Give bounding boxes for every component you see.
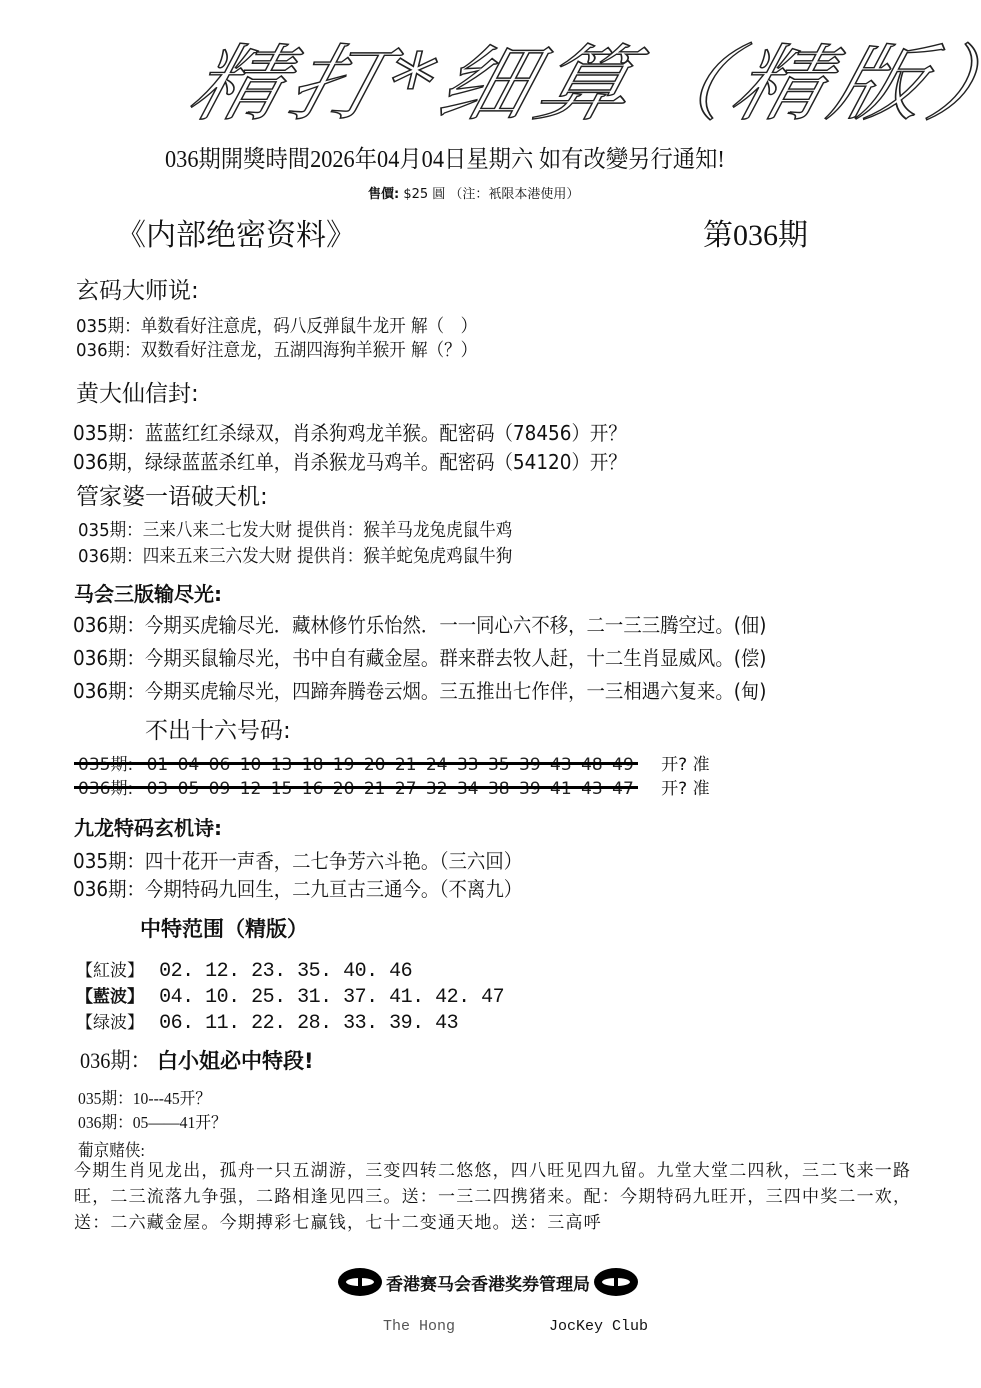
masthead-title-text: 精打*细算（精版） [180,35,981,134]
wave-numbers: 02. 12. 23. 35. 40. 46 [159,960,412,983]
jiulong-line: 035期：四十花开一声香，二七争芳六斗艳。（三六回） [73,845,522,874]
wave-row-green: 【绿波】 06. 11. 22. 28. 33. 39. 43 [76,1008,458,1035]
draw-notice: 036期開獎時間2026年04月04日星期六 如有改變另行通知! [165,139,725,174]
footer-english-left: The Hong [383,1318,455,1335]
jockey-club-emblem-icon [338,1268,382,1296]
footer-english-right: JocKey Club [549,1318,648,1335]
guanjiapo-line: 035期：三来八来二七发大财 提供肖：猴羊马龙兔虎鼠牛鸡 [78,516,512,542]
document-title: 《内部绝密资料》 [116,210,356,254]
price-line: 售價: $25 圓 （注：衹限本港使用） [368,183,579,202]
issue-number: 第036期 [703,210,808,254]
row-numbers: 03 05 09 12 15 16 20 21 27 32 34 38 39 4… [147,779,634,799]
mahui-line: 036期：今期买鼠输尽光，书中自有藏金屋。群来群去牧人赶，十二生肖显威风。(偿) [73,642,766,671]
row-prefix: 036期: [78,779,133,799]
wave-row-red: 【紅波】 02. 12. 23. 35. 40. 46 [76,956,412,983]
xuanma-line: 035期：单数看好注意虎，码八反弹鼠牛龙开 解（ ） [76,312,477,338]
price-value: $25 圓 （注：衹限本港使用） [403,187,579,202]
section-heading-zhongte: 中特范围（精版） [140,913,308,943]
excluded-numbers-row: 036期: 03 05 09 12 15 16 20 21 27 32 34 3… [78,774,710,799]
huangdaxian-line: 035期：蓝蓝红红杀绿双，肖杀狗鸡龙羊猴。配密码（78456）开？ [73,417,627,446]
jockey-club-emblem-icon [594,1268,638,1296]
section-heading-baixiaojie: 036期：白小姐必中特段! [80,1044,314,1075]
excluded-numbers-row: 035期: 01 04 06 10 13 18 19 20 21 24 33 3… [78,750,710,775]
wave-label: 【藍波】 [76,982,154,1007]
row-suffix: 开? 准 [661,750,709,775]
footer-logo: 香港赛马会香港奖券管理局 [338,1268,638,1296]
pujing-paragraph: 今期生肖见龙出，孤舟一只五湖游，三变四转二悠悠，四八旺见四九留。九堂大堂二四秋，… [74,1158,934,1236]
excluded-numbers-struck: 036期: 03 05 09 12 15 16 20 21 27 32 34 3… [78,774,634,799]
footer-org-name: 香港赛马会香港奖券管理局 [386,1270,590,1295]
section-heading-guanjiapo: 管家婆一语破天机: [76,478,268,511]
price-label: 售價: [368,187,399,202]
mahui-line: 036期：今期买虎输尽光，四蹄奔腾卷云烟。三五推出七作伴，一三相遇六复来。(甸) [73,675,766,704]
xuanma-line: 036期：双数看好注意龙，五湖四海狗羊猴开 解（？） [76,336,477,362]
wave-row-blue: 【藍波】 04. 10. 25. 31. 37. 41. 42. 47 [76,982,504,1009]
row-prefix: 035期: [78,755,133,775]
wave-numbers: 06. 11. 22. 28. 33. 39. 43 [159,1012,458,1035]
wave-numbers: 04. 10. 25. 31. 37. 41. 42. 47 [159,986,504,1009]
guanjiapo-line: 036期：四来五来三六发大财 提供肖：猴羊蛇兔虎鸡鼠牛狗 [78,542,512,568]
wave-label: 【绿波】 [76,1008,154,1033]
excluded-numbers-struck: 035期: 01 04 06 10 13 18 19 20 21 24 33 3… [78,750,634,775]
baixiaojie-line: 036期：05——41开？ [78,1108,227,1133]
huangdaxian-line: 036期，绿绿蓝蓝杀红单，肖杀猴龙马鸡羊。配密码（54120）开？ [73,446,627,475]
jiulong-line: 036期：今期特码九回生，二九亘古三通今。（不离九） [73,873,522,902]
section-heading-xuanma: 玄码大师说: [76,272,199,305]
masthead-title: 精打*细算（精版） [180,24,820,134]
section-heading-buchu: 不出十六号码: [145,712,291,745]
baixiaojie-title: 白小姐必中特段! [157,1049,314,1073]
baixiaojie-line: 035期：10---45开？ [78,1084,211,1109]
section-heading-huangdaxian: 黄大仙信封: [76,375,199,408]
wave-label: 【紅波】 [76,956,154,981]
row-numbers: 01 04 06 10 13 18 19 20 21 24 33 35 39 4… [147,755,634,775]
baixiaojie-prefix: 036期： [80,1044,151,1075]
row-suffix: 开? 准 [661,774,709,799]
section-heading-mahui: 马会三版输尽光: [74,578,222,607]
section-heading-jiulong: 九龙特码玄机诗: [74,812,222,841]
mahui-line: 036期：今期买虎输尽光．藏林修竹乐怡然．一一同心六不移，二一三三腾空过。(佃) [73,609,766,638]
